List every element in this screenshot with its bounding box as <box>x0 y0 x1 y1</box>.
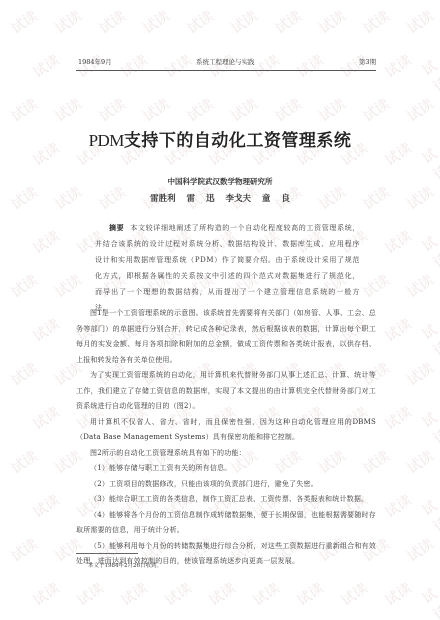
authors: 雷胜利 雷 迅 李戈夫 童 良 <box>0 192 440 204</box>
watermark-mark: 试读 <box>51 270 85 302</box>
watermark-mark: 试读 <box>381 50 415 82</box>
watermark-mark: 试读 <box>95 94 129 126</box>
journal-name: 系统工程理论与实践 <box>196 57 255 66</box>
watermark-mark: 试读 <box>51 94 85 126</box>
watermark-mark: 试读 <box>117 578 151 610</box>
watermark-mark: 试读 <box>7 534 41 566</box>
watermark-mark: 试读 <box>227 6 261 38</box>
issue-date: 1984年9月 <box>78 57 112 66</box>
footnote: 本文于1984年2月26日收到。 <box>88 561 162 569</box>
watermark-mark: 试读 <box>418 56 440 97</box>
watermark-mark: 试读 <box>418 320 440 361</box>
body-text: 图1是一个工资管理系统的示意图。该系统首先需要将有关部门（如房管、人事、工会、总… <box>76 306 376 570</box>
watermark-mark: 试读 <box>95 6 129 38</box>
paper-title: PDM支持下的自动化工资管理系统 <box>0 126 440 151</box>
watermark-mark: 试读 <box>381 226 415 258</box>
watermark-mark: 试读 <box>249 578 283 610</box>
watermark-mark: 试读 <box>403 534 437 566</box>
paper-page: 试读试读试读试读试读试读试读试读试读试读试读试读试读试读试读试读试读试读试读试读… <box>0 0 440 620</box>
watermark-mark: 试读 <box>183 94 217 126</box>
watermark-mark: 试读 <box>73 578 107 610</box>
paragraph: 图2所示的自动化工资管理系统具有如下的功能： <box>76 446 376 462</box>
watermark-mark: 试读 <box>403 446 437 478</box>
watermark-mark: 试读 <box>161 578 195 610</box>
watermark-mark: 试读 <box>29 402 63 434</box>
watermark-mark: 试读 <box>139 6 173 38</box>
watermark-mark: 试读 <box>315 6 349 38</box>
watermark-mark: 试读 <box>205 578 239 610</box>
watermark-mark: 试读 <box>183 6 217 38</box>
watermark-mark: 试读 <box>7 94 41 126</box>
watermark-mark: 试读 <box>359 6 393 38</box>
watermark-mark: 试读 <box>271 6 305 38</box>
watermark-mark: 试读 <box>7 446 41 478</box>
paragraph: 图1是一个工资管理系统的示意图。该系统首先需要将有关部门（如房管、人事、工会、总… <box>76 306 376 368</box>
watermark-mark: 试读 <box>29 578 63 610</box>
watermark-mark: 试读 <box>51 6 85 38</box>
issue-number: 第3期 <box>359 57 376 66</box>
header-rule <box>76 70 376 71</box>
watermark-mark: 试读 <box>29 314 63 346</box>
title-acronym: PDM <box>89 131 124 150</box>
watermark-mark: 试读 <box>403 270 437 302</box>
watermark-mark: 试读 <box>403 6 437 38</box>
watermark-mark: 试读 <box>315 94 349 126</box>
watermark-mark: 试读 <box>7 6 41 38</box>
watermark-mark: 试读 <box>337 578 371 610</box>
footnote-rule <box>76 553 138 554</box>
function-item: （3）能综合职工工资的各类信息，制作工资汇总表、工资传票、各类报表和统计数据。 <box>76 492 376 508</box>
paragraph: 用计算机不仅省人、省力、省时，而且保密性强，因为这种自动化管理应用的DBMS（D… <box>76 415 376 446</box>
watermark-mark: 试读 <box>7 358 41 390</box>
watermark-mark: 试读 <box>418 232 440 273</box>
watermark-mark: 试读 <box>418 584 440 620</box>
watermark-mark: 试读 <box>227 94 261 126</box>
watermark-mark: 试读 <box>293 578 327 610</box>
abstract: 摘要本文较详细地阐述了所构造的一个自动化程度较高的工资管理系统，并结合该系统的设… <box>95 220 360 316</box>
watermark-mark: 试读 <box>381 402 415 434</box>
affiliation: 中国科学院武汉数学物理研究所 <box>0 176 440 187</box>
watermark-mark: 试读 <box>418 496 440 537</box>
abstract-text: 本文较详细地阐述了所构造的一个自动化程度较高的工资管理系统，并结合该系统的设计过… <box>95 224 360 312</box>
watermark-mark: 试读 <box>359 94 393 126</box>
watermark-mark: 试读 <box>271 94 305 126</box>
watermark-mark: 试读 <box>418 408 440 449</box>
function-item: （1）能够存储与职工工资有关的所有信息。 <box>76 461 376 477</box>
running-head: 1984年9月 系统工程理论与实践 第3期 <box>76 57 376 71</box>
title-text: 支持下的自动化工资管理系统 <box>124 131 352 151</box>
function-item: （4）能够将各个月份的工资信息制作成转储数据集，便于长期保留，也能根据需要随时存… <box>76 508 376 539</box>
watermark-mark: 试读 <box>381 490 415 522</box>
watermark-mark: 试读 <box>7 270 41 302</box>
watermark-mark: 试读 <box>381 314 415 346</box>
watermark-mark: 试读 <box>403 358 437 390</box>
watermark-mark: 试读 <box>29 50 63 82</box>
watermark-mark: 试读 <box>29 226 63 258</box>
watermark-mark: 试读 <box>403 94 437 126</box>
abstract-label: 摘要 <box>109 223 124 232</box>
watermark-mark: 试读 <box>359 270 393 302</box>
watermark-mark: 试读 <box>381 578 415 610</box>
paragraph: 为了实现工资管理系统的自动化，用计算机来代替财务部门从事上述汇总、计算、统计等工… <box>76 368 376 415</box>
watermark-mark: 试读 <box>29 490 63 522</box>
watermark-mark: 试读 <box>139 94 173 126</box>
function-item: （2）工资项目的数据修改，只能由该项的负责部门进行，避免了失密。 <box>76 477 376 493</box>
